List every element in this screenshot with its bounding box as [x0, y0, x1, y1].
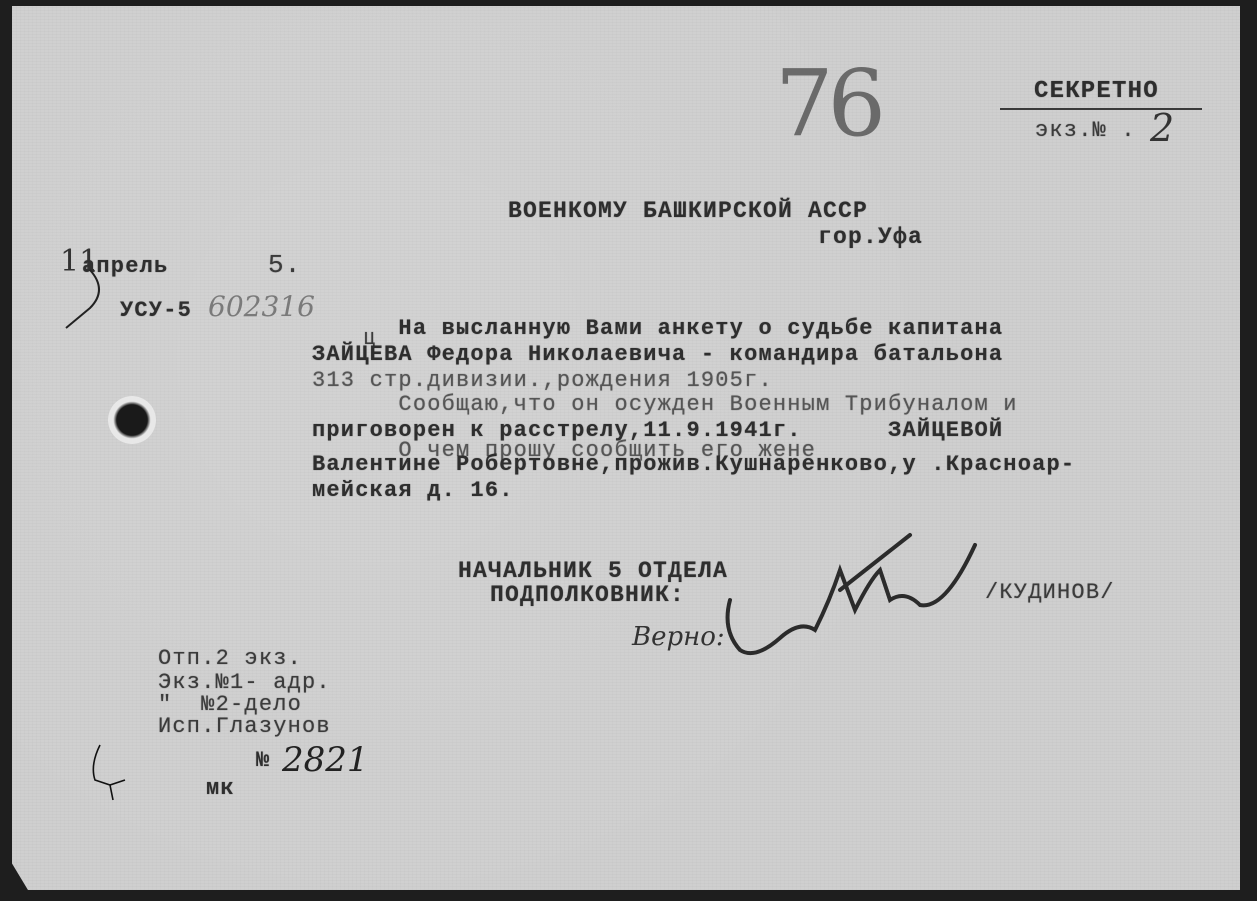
signatory-rank: ПОДПОЛКОВНИК:	[490, 582, 685, 608]
footer-line: Исп.Глазунов	[158, 714, 331, 739]
margin-crease	[60, 270, 100, 330]
body-line: Валентине Робертовне,прожив.Кушнаренково…	[312, 452, 1075, 477]
classification-stamp: СЕКРЕТНО	[1034, 78, 1159, 105]
body-line: На высланную Вами анкету о судьбе капита…	[312, 316, 1003, 341]
signatory-title: НАЧАЛЬНИК 5 ОТДЕЛА	[458, 558, 728, 584]
body-line: 313 стр.дивизии.,рождения 1905г.	[312, 368, 773, 393]
body-line: ЗАЙЦЕВА Федора Николаевича - командира б…	[312, 342, 1003, 367]
typist-initials: мк	[206, 776, 235, 801]
reference-number-handwritten: 602316	[208, 290, 315, 323]
date-typed-day: 5.	[268, 250, 302, 280]
paper-tear	[85, 740, 135, 800]
copy-label: экз.№ .	[1035, 118, 1136, 143]
outgoing-number-prefix: №	[256, 748, 270, 773]
footer-line: Отп.2 экз.	[158, 646, 302, 671]
archive-number-handwritten: 76	[775, 50, 880, 157]
reference-prefix: УСУ-5	[120, 298, 192, 323]
signatory-name: /КУДИНОВ/	[985, 580, 1115, 605]
body-line: мейская д. 16.	[312, 478, 514, 503]
copy-number: 2	[1150, 106, 1174, 150]
addressee-line2: гор.Уфа	[818, 224, 923, 250]
signature-scribble	[720, 530, 990, 670]
verified-label: Верно:	[632, 622, 725, 652]
outgoing-number-handwritten: 2821	[282, 740, 369, 780]
addressee-line1: ВОЕНКОМУ БАШКИРСКОЙ АССР	[508, 198, 868, 224]
body-line: Сообщаю,что он осужден Военным Трибунало…	[312, 392, 1018, 417]
punch-hole	[108, 396, 156, 444]
